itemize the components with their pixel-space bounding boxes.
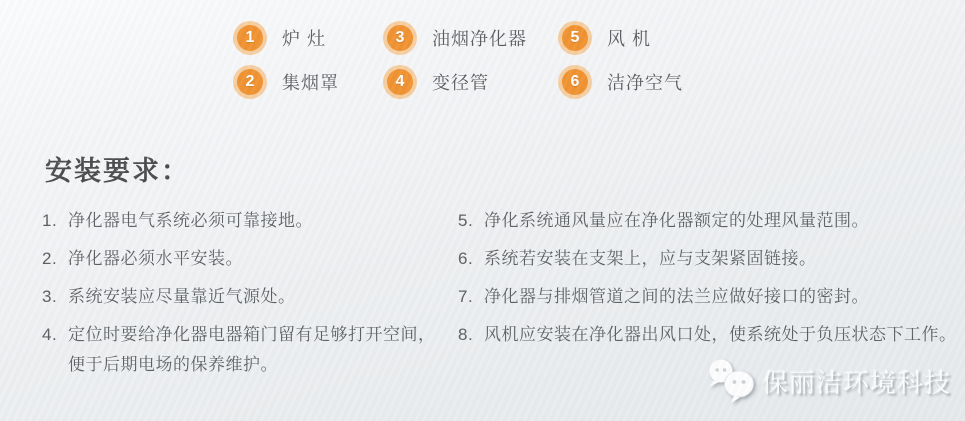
legend-label: 洁净空气 (607, 69, 683, 95)
requirement-item-1: 1. 净化器电气系统必须可靠接地。 (42, 206, 437, 236)
requirement-text: 净化器电气系统必须可靠接地。 (68, 206, 437, 236)
requirement-number: 8. (458, 320, 484, 350)
requirement-item-2: 2. 净化器必须水平安装。 (42, 244, 437, 274)
wechat-chat-bubbles-icon (706, 358, 758, 404)
requirement-text: 净化器与排烟管道之间的法兰应做好接口的密封。 (484, 282, 958, 312)
legend-number-badge: 4 (387, 69, 413, 95)
legend-number-badge: 2 (237, 69, 263, 95)
legend-halo: 6 (558, 65, 592, 99)
legend-label: 风 机 (607, 25, 651, 51)
requirement-text: 净化系统通风量应在净化器额定的处理风量范围。 (484, 206, 958, 236)
requirements-left-column: 1. 净化器电气系统必须可靠接地。 2. 净化器必须水平安装。 3. 系统安装应… (42, 206, 437, 388)
legend-item-6: 6 洁净空气 (558, 65, 683, 99)
requirement-number: 1. (42, 206, 68, 236)
legend-label: 炉 灶 (282, 25, 326, 51)
legend-item-1: 1 炉 灶 (233, 21, 326, 55)
brand-watermark: 保丽洁环境科技 (706, 358, 951, 404)
requirement-number: 5. (458, 206, 484, 236)
legend-number-badge: 3 (387, 25, 413, 51)
legend-label: 变径管 (432, 69, 489, 95)
requirement-item-8: 8. 风机应安装在净化器出风口处，使系统处于负压状态下工作。 (458, 320, 958, 350)
requirement-text: 系统若安装在支架上，应与支架紧固链接。 (484, 244, 958, 274)
requirement-number: 7. (458, 282, 484, 312)
requirement-number: 6. (458, 244, 484, 274)
requirement-item-6: 6. 系统若安装在支架上，应与支架紧固链接。 (458, 244, 958, 274)
requirement-text: 风机应安装在净化器出风口处，使系统处于负压状态下工作。 (484, 320, 958, 350)
legend-number-badge: 1 (237, 25, 263, 51)
legend-label: 集烟罩 (282, 69, 339, 95)
legend-item-5: 5 风 机 (558, 21, 651, 55)
requirement-item-3: 3. 系统安装应尽量靠近气源处。 (42, 282, 437, 312)
requirement-text: 系统安装应尽量靠近气源处。 (68, 282, 437, 312)
page-title: 安装要求： (45, 149, 190, 188)
requirement-item-4: 4. 定位时要给净化器电器箱门留有足够打开空间，便于后期电场的保养维护。 (42, 320, 437, 380)
legend-item-3: 3 油烟净化器 (383, 21, 527, 55)
legend-number-badge: 6 (562, 69, 588, 95)
requirement-number: 3. (42, 282, 68, 312)
legend-number-badge: 5 (562, 25, 588, 51)
legend-item-4: 4 变径管 (383, 65, 489, 99)
requirement-item-5: 5. 净化系统通风量应在净化器额定的处理风量范围。 (458, 206, 958, 236)
requirement-number: 2. (42, 244, 68, 274)
requirement-item-7: 7. 净化器与排烟管道之间的法兰应做好接口的密封。 (458, 282, 958, 312)
requirement-number: 4. (42, 320, 68, 350)
legend-item-2: 2 集烟罩 (233, 65, 339, 99)
requirement-text: 净化器必须水平安装。 (68, 244, 437, 274)
legend-halo: 4 (383, 65, 417, 99)
legend-label: 油烟净化器 (432, 25, 527, 51)
legend-halo: 2 (233, 65, 267, 99)
legend-halo: 3 (383, 21, 417, 55)
requirements-right-column: 5. 净化系统通风量应在净化器额定的处理风量范围。 6. 系统若安装在支架上，应… (458, 206, 958, 358)
requirement-text: 定位时要给净化器电器箱门留有足够打开空间，便于后期电场的保养维护。 (68, 320, 437, 380)
brand-watermark-text: 保丽洁环境科技 (762, 363, 951, 400)
legend-halo: 1 (233, 21, 267, 55)
manual-page: 1 炉 灶 2 集烟罩 3 油烟净化器 4 变径管 5 风 机 6 洁净空气 安… (0, 0, 965, 421)
legend-halo: 5 (558, 21, 592, 55)
